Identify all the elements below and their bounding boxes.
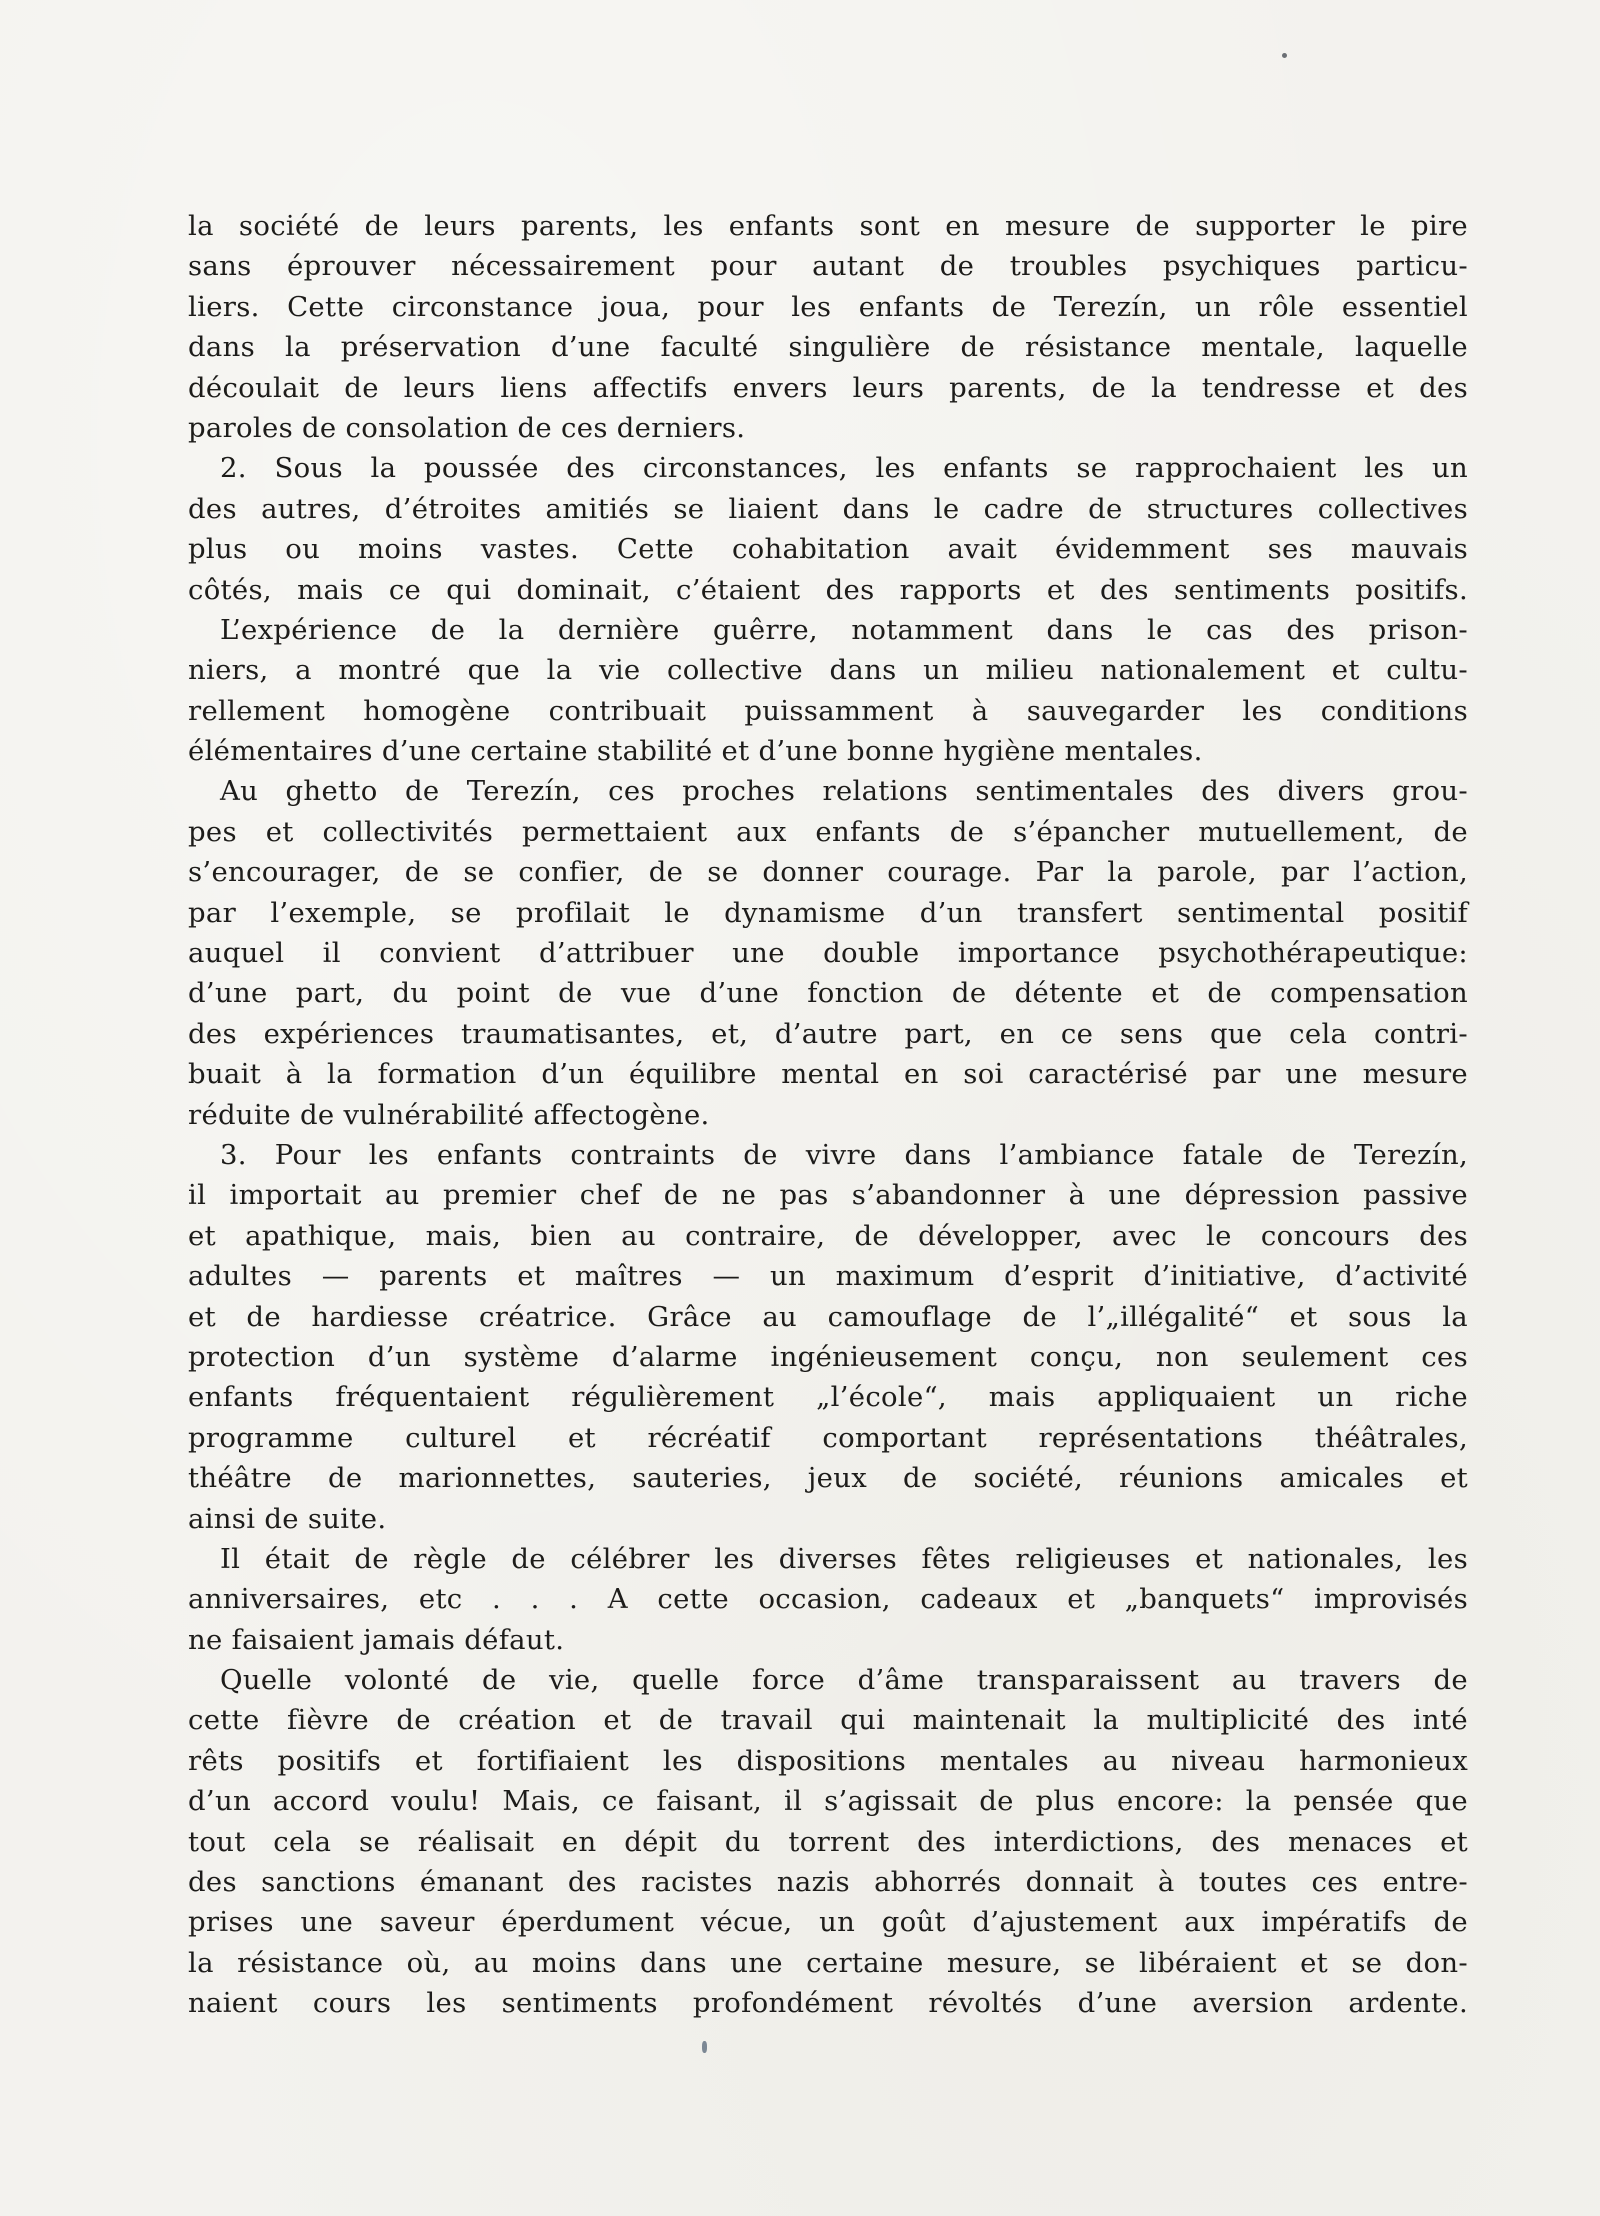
text-line: enfants fréquentaient régulièrement „l’é… (188, 1377, 1468, 1417)
text-line: plus ou moins vastes. Cette cohabitation… (188, 529, 1468, 569)
text-line: d’un accord voulu! Mais, ce faisant, il … (188, 1781, 1468, 1821)
text-line: s’encourager, de se confier, de se donne… (188, 852, 1468, 892)
text-line: protection d’un système d’alarme ingénie… (188, 1337, 1468, 1377)
text-line: L’expérience de la dernière guêrre, nota… (188, 610, 1468, 650)
text-line: prises une saveur éperdument vécue, un g… (188, 1902, 1468, 1942)
text-line: buait à la formation d’un équilibre ment… (188, 1054, 1468, 1094)
ink-speck-mark (1282, 53, 1287, 58)
paragraph: 3. Pour les enfants contraints de vivre … (188, 1135, 1468, 1539)
text-line: Au ghetto de Terezín, ces proches relati… (188, 771, 1468, 811)
text-line: théâtre de marionnettes, sauteries, jeux… (188, 1458, 1468, 1498)
text-line: paroles de consolation de ces derniers. (188, 408, 1468, 448)
text-line: 3. Pour les enfants contraints de vivre … (188, 1135, 1468, 1175)
paragraph: Au ghetto de Terezín, ces proches relati… (188, 771, 1468, 1135)
text-line: Il était de règle de célébrer les divers… (188, 1539, 1468, 1579)
text-line: programme culturel et récréatif comporta… (188, 1418, 1468, 1458)
text-line: anniversaires, etc . . . A cette occasio… (188, 1579, 1468, 1619)
paragraph: 2. Sous la poussée des circonstances, le… (188, 448, 1468, 610)
text-line: ainsi de suite. (188, 1499, 1468, 1539)
text-line: Quelle volonté de vie, quelle force d’âm… (188, 1660, 1468, 1700)
text-line: rellement homogène contribuait puissamme… (188, 691, 1468, 731)
text-line: découlait de leurs liens affectifs enver… (188, 368, 1468, 408)
text-line: tout cela se réalisait en dépit du torre… (188, 1822, 1468, 1862)
text-line: ne faisaient jamais défaut. (188, 1620, 1468, 1660)
text-line: rêts positifs et fortifiaient les dispos… (188, 1741, 1468, 1781)
text-line: cette fièvre de création et de travail q… (188, 1700, 1468, 1740)
text-line: adultes — parents et maîtres — un maximu… (188, 1256, 1468, 1296)
text-line: pes et collectivités permettaient aux en… (188, 812, 1468, 852)
text-line: par l’exemple, se profilait le dynamisme… (188, 893, 1468, 933)
text-line: élémentaires d’une certaine stabilité et… (188, 731, 1468, 771)
text-line: et apathique, mais, bien au contraire, d… (188, 1216, 1468, 1256)
paragraph: la société de leurs parents, les enfants… (188, 206, 1468, 448)
ink-speck-mark (702, 2041, 707, 2053)
text-line: sans éprouver nécessairement pour autant… (188, 246, 1468, 286)
body-text: la société de leurs parents, les enfants… (188, 206, 1468, 2024)
text-line: côtés, mais ce qui dominait, c’étaient d… (188, 570, 1468, 610)
text-line: réduite de vulnérabilité affectogène. (188, 1095, 1468, 1135)
text-line: des expériences traumatisantes, et, d’au… (188, 1014, 1468, 1054)
text-line: naient cours les sentiments profondément… (188, 1983, 1468, 2023)
text-line: il importait au premier chef de ne pas s… (188, 1175, 1468, 1215)
text-line: et de hardiesse créatrice. Grâce au camo… (188, 1297, 1468, 1337)
text-line: des sanctions émanant des racistes nazis… (188, 1862, 1468, 1902)
paragraph: L’expérience de la dernière guêrre, nota… (188, 610, 1468, 772)
text-line: 2. Sous la poussée des circonstances, le… (188, 448, 1468, 488)
text-line: niers, a montré que la vie collective da… (188, 650, 1468, 690)
paragraph: Il était de règle de célébrer les divers… (188, 1539, 1468, 1660)
text-line: des autres, d’étroites amitiés se liaien… (188, 489, 1468, 529)
text-line: liers. Cette circonstance joua, pour les… (188, 287, 1468, 327)
text-line: d’une part, du point de vue d’une foncti… (188, 973, 1468, 1013)
scanned-page: la société de leurs parents, les enfants… (0, 0, 1600, 2216)
text-line: la société de leurs parents, les enfants… (188, 206, 1468, 246)
paragraph: Quelle volonté de vie, quelle force d’âm… (188, 1660, 1468, 2024)
text-line: dans la préservation d’une faculté singu… (188, 327, 1468, 367)
text-line: auquel il convient d’attribuer une doubl… (188, 933, 1468, 973)
text-line: la résistance où, au moins dans une cert… (188, 1943, 1468, 1983)
